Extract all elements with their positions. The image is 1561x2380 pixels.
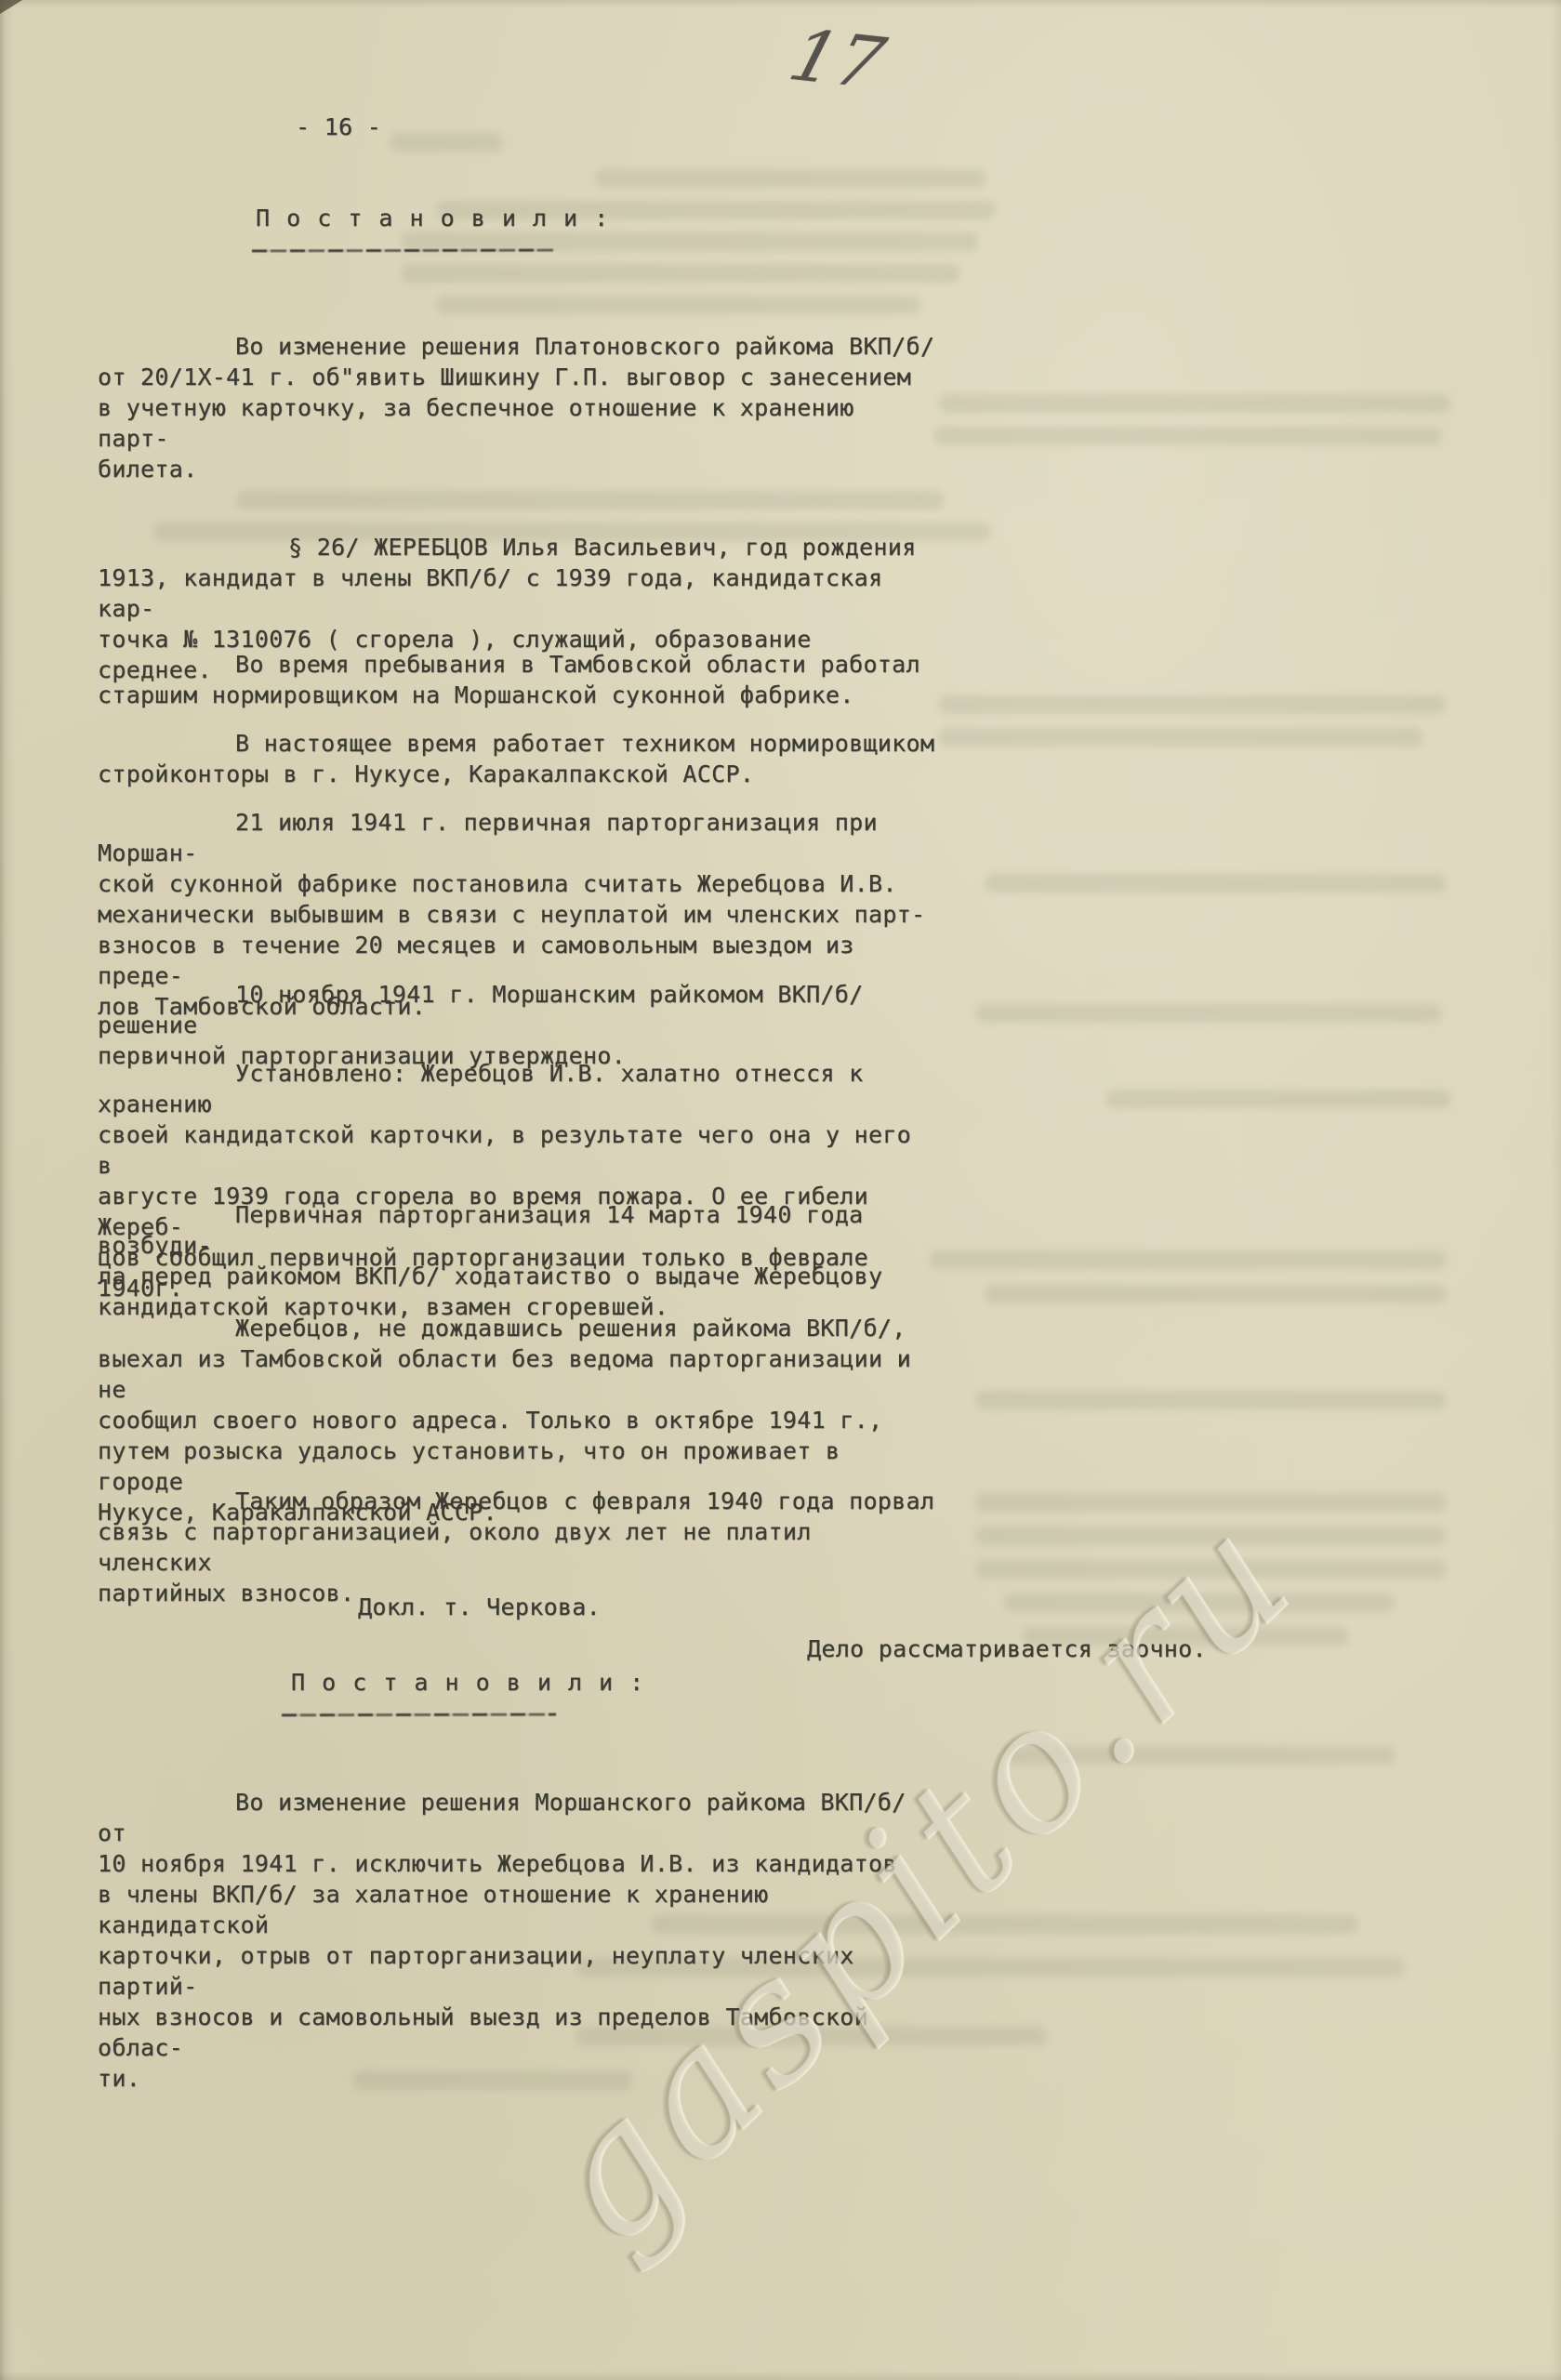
bleedthrough-mark — [402, 264, 959, 283]
paragraph-work-tambov: Во время пребывания в Тамбовской области… — [98, 649, 939, 710]
bleedthrough-mark — [390, 133, 502, 152]
bleedthrough-mark — [976, 1004, 1441, 1023]
paragraph-petition: Первичная парторганизация 14 марта 1940 … — [98, 1199, 939, 1322]
bleedthrough-mark — [437, 296, 920, 314]
page-corner-fold — [0, 0, 22, 14]
paragraph-work-now: В настоящее время работает техником норм… — [98, 728, 939, 789]
resolution-heading-top: П о с т а н о в и л и : — [256, 203, 610, 252]
bleedthrough-mark — [595, 169, 986, 188]
bleedthrough-mark — [930, 1250, 1446, 1269]
resolution-heading-top-underline — [252, 249, 553, 253]
bleedthrough-mark — [939, 695, 1446, 714]
paragraph-conclusion: Таким образом Жеребцов с февраля 1940 го… — [98, 1486, 939, 1608]
bleedthrough-mark — [237, 491, 944, 509]
handwritten-page-number: 17 — [782, 19, 893, 100]
bleedthrough-mark — [934, 427, 1441, 445]
bleedthrough-mark — [986, 874, 1446, 892]
resolution-heading-bottom-text: П о с т а н о в и л и : — [291, 1667, 645, 1698]
bleedthrough-mark — [976, 1391, 1446, 1409]
reporter-line: Докл. т. Черкова. — [358, 1592, 601, 1622]
scanned-document-page: 17 - 16 - П о с т а н о в и л и : Во изм… — [0, 0, 1561, 2380]
resolution-heading-bottom: П о с т а н о в и л и : — [291, 1667, 645, 1716]
page-number: - 16 - — [296, 112, 381, 142]
bleedthrough-mark — [939, 394, 1450, 413]
bleedthrough-mark — [986, 1285, 1446, 1303]
resolution-heading-bottom-underline — [282, 1713, 556, 1717]
resolution-heading-top-text: П о с т а н о в и л и : — [256, 203, 610, 233]
bleedthrough-mark — [939, 728, 1422, 747]
paragraph-shishkin-reprimand: Во изменение решения Платоновского райко… — [98, 331, 939, 484]
bleedthrough-mark — [1106, 1090, 1450, 1108]
